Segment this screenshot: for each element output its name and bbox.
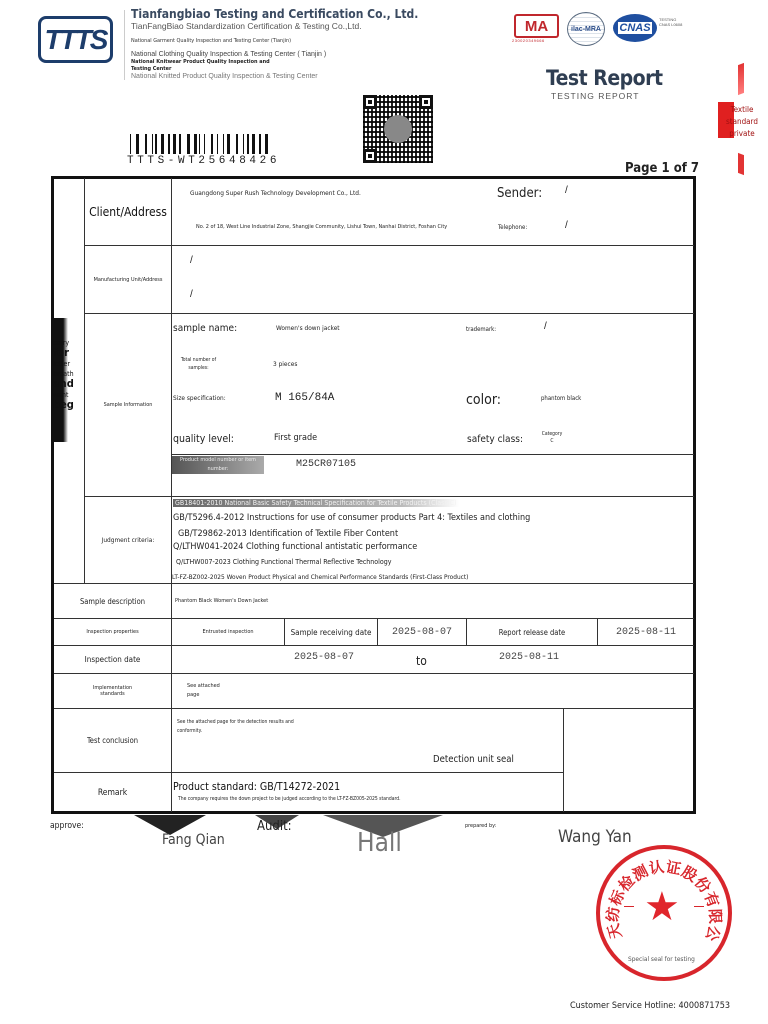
cma-text: MA — [525, 18, 548, 35]
company-seal: 天纺标检测认证股份有限公司 ★ Special seal for testing — [596, 845, 732, 981]
total-samples-value: 3 pieces — [273, 360, 297, 368]
model-label: Product model number or item number: — [172, 456, 264, 474]
sender-value: / — [565, 185, 568, 196]
sample-name-label: sample name: — [173, 323, 237, 334]
judgment-item: GB/T5296.4-2012 Instructions for use of … — [173, 513, 530, 523]
side-word: letter — [53, 359, 75, 369]
side-red-stamp: Textile standard private — [716, 64, 768, 176]
inspection-date-label: Inspection date — [54, 646, 171, 673]
center-line-3: National Knitwear Product Quality Inspec… — [131, 59, 276, 73]
quality-label: quality level: — [173, 433, 234, 445]
manufacturer-name: / — [190, 255, 193, 266]
total-samples-label: Total number of samples: — [176, 356, 221, 372]
prepared-label: prepared by: — [465, 823, 496, 829]
sample-description-value: Phantom Black Women's Down Jacket — [175, 598, 268, 604]
side-word: beg — [53, 400, 75, 411]
judgment-item: GB18401-2010 National Basic Safety Techn… — [173, 499, 459, 507]
company-logo: TTTS — [38, 16, 113, 63]
inspection-properties-label: Inspection properties — [54, 619, 171, 645]
approve-signature: Fang Qian — [162, 832, 225, 848]
safety-label: safety class: — [467, 434, 523, 445]
sample-name-value: Women's down jacket — [276, 324, 340, 332]
size-value: M 165/84A — [275, 392, 334, 404]
manufacturer-label: Manufacturing Unit/Address — [85, 246, 171, 313]
implementation-value: See attached page — [187, 682, 221, 700]
trademark-label: trademark: — [466, 326, 496, 333]
stamp-line: Textile — [720, 104, 764, 116]
client-name: Guangdong Super Rush Technology Developm… — [190, 189, 361, 197]
manufacturer-address: / — [190, 289, 193, 300]
company-name: Tianfangbiao Testing and Certification C… — [131, 7, 418, 21]
side-words: carry for letter breath and want beg — [53, 338, 75, 411]
stamp-line: standard — [720, 116, 764, 128]
judgment-item: Q/LTHW041-2024 Clothing functional antis… — [173, 542, 417, 552]
ilac-mra-logo: ilac-MRA — [567, 12, 605, 46]
ilac-text: ilac-MRA — [571, 26, 601, 33]
cnas-caption: TESTING CNAS L0608 — [659, 17, 682, 27]
remark-standard: Product standard: GB/T14272-2021 — [173, 781, 340, 793]
audit-signature: Hall — [357, 828, 402, 858]
seal-english-text: Special seal for testing — [628, 955, 695, 963]
judgment-item: GB/T29862-2013 Identification of Textile… — [178, 529, 398, 539]
client-address: No. 2 of 18, West Line Industrial Zone, … — [196, 224, 447, 230]
side-word: and — [53, 379, 75, 390]
color-label: color: — [466, 392, 501, 408]
center-line-2: National Clothing Quality Inspection & T… — [131, 51, 326, 58]
report-subtitle: TESTING REPORT — [551, 91, 639, 101]
inspection-date-to: 2025-08-11 — [499, 652, 559, 663]
cnas-caption-line: CNAS L0608 — [659, 22, 682, 27]
star-icon: ★ — [644, 887, 680, 927]
stamp-line: private — [720, 128, 764, 140]
remark-label: Remark — [54, 773, 171, 813]
report-title: Test Report — [546, 66, 663, 90]
cma-number: 230020349666 — [512, 38, 545, 43]
cnas-logo: CNAS — [613, 14, 657, 42]
center-line-4: National Knitted Product Quality Inspect… — [131, 73, 318, 80]
page-indicator: Page 1 of 7 — [625, 161, 699, 176]
inspection-date-to-label: to — [416, 654, 427, 668]
audit-label: Audit: — [257, 819, 292, 834]
qr-code — [363, 95, 433, 163]
quality-value: First grade — [274, 433, 317, 443]
client-label: Client/Address — [85, 178, 171, 245]
trademark-value: / — [544, 321, 547, 332]
judgment-item: LT-FZ-BZ002-2025 Woven Product Physical … — [172, 573, 468, 581]
size-label: Size specification: — [173, 394, 226, 402]
prepared-signature: Wang Yan — [558, 827, 632, 847]
sender-label: Sender: — [497, 186, 542, 201]
safety-value: Category C — [540, 431, 564, 445]
barcode — [130, 134, 283, 154]
telephone-value: / — [565, 220, 568, 231]
sample-description-label: Sample description — [54, 584, 171, 618]
inspection-date-from: 2025-08-07 — [294, 652, 354, 663]
model-value: M25CR07105 — [296, 459, 356, 470]
company-subtitle: TianFangBiao Standardization Certificati… — [131, 21, 362, 31]
judgment-label: Judgment criteria: — [85, 497, 171, 583]
remark-note: The company requires the down project to… — [178, 796, 401, 802]
barcode-number: TTTS-WT25648426 — [127, 155, 280, 167]
receiving-date-value: 2025-08-07 — [378, 619, 466, 645]
implementation-label: Implementation standards — [54, 674, 171, 708]
header-divider — [124, 10, 125, 80]
telephone-label: Telephone: — [498, 224, 527, 231]
judgment-item: Q/LTHW007-2023 Clothing Functional Therm… — [176, 558, 391, 566]
customer-hotline: Customer Service Hotline: 4000871753 — [570, 1001, 730, 1011]
center-line-1: National Garment Quality Inspection and … — [131, 38, 291, 44]
side-word: for — [53, 348, 75, 359]
approve-label: approve: — [50, 821, 84, 831]
cnas-text: CNAS — [618, 22, 651, 34]
logo-text: TTTS — [45, 24, 107, 56]
color-value: phantom black — [541, 395, 581, 402]
release-date-label: Report release date — [467, 619, 597, 645]
receiving-date-label: Sample receiving date — [285, 619, 377, 645]
seal-dash — [694, 906, 704, 907]
release-date-value: 2025-08-11 — [598, 619, 694, 645]
detection-seal-label: Detection unit seal — [433, 754, 514, 765]
test-conclusion-label: Test conclusion — [54, 709, 171, 772]
test-conclusion-value: See the attached page for the detection … — [177, 718, 317, 736]
cma-logo: MA — [514, 14, 559, 38]
seal-dash — [624, 906, 634, 907]
inspection-properties-value: Entrusted inspection — [172, 619, 284, 645]
sample-info-label: Sample Information — [85, 314, 171, 496]
